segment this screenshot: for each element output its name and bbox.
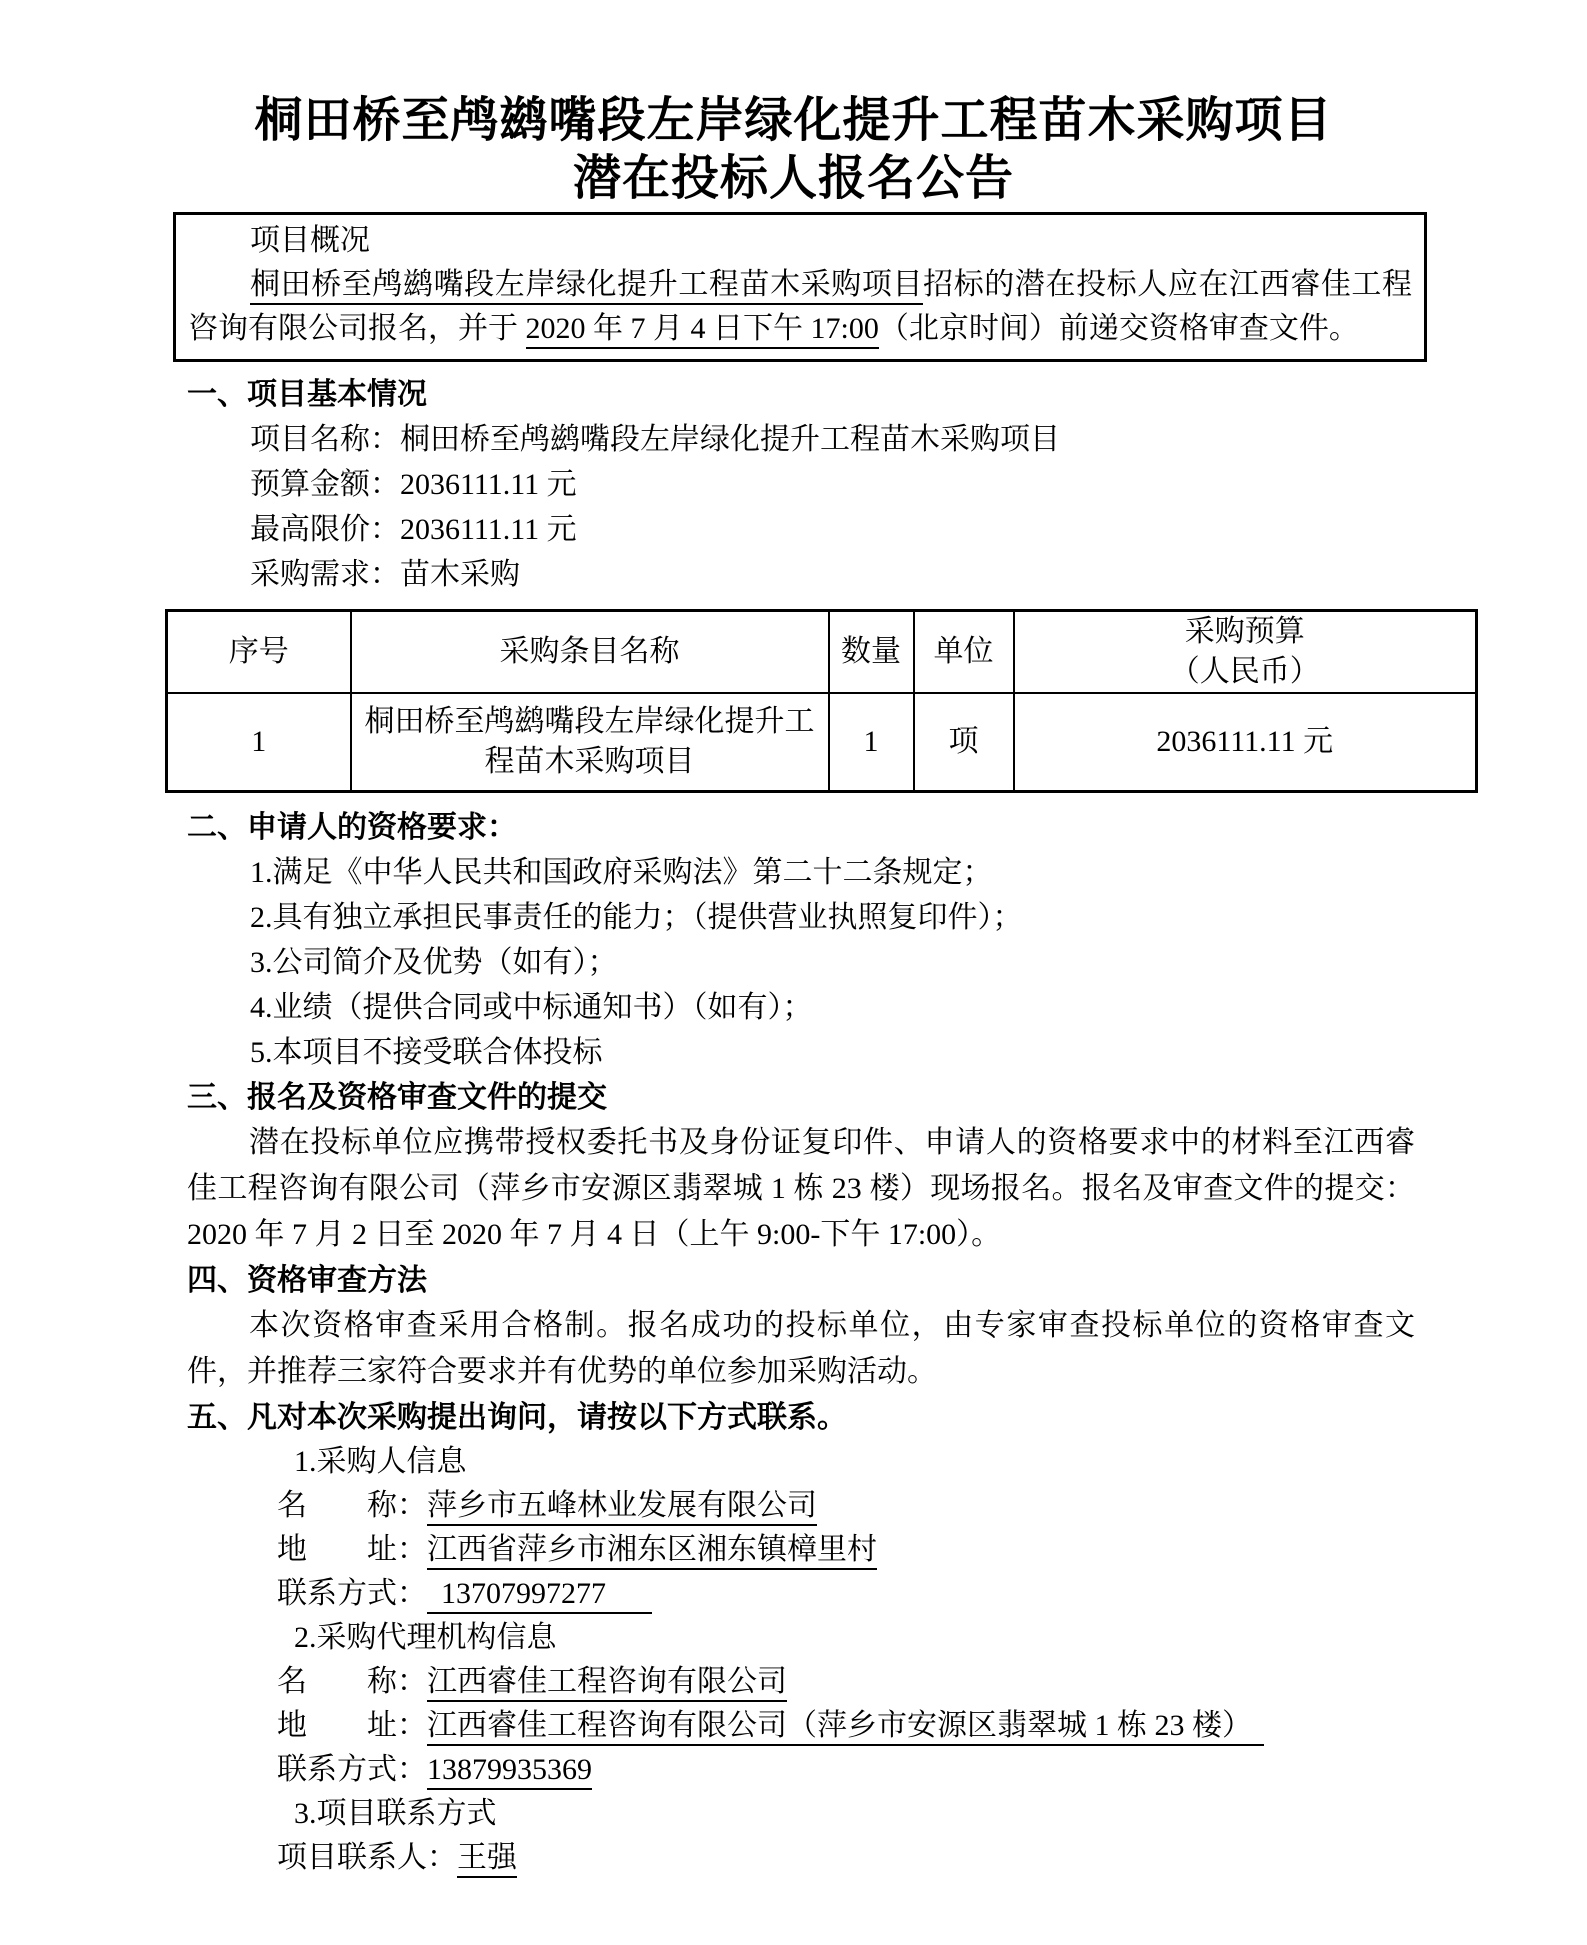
overview-label: 项目概况	[188, 219, 1412, 263]
project-contact-label: 项目联系人：	[277, 1841, 457, 1874]
overview-project-name-underlined: 桐田桥至鸬鹚嘴段左岸绿化提升工程苗木采购项目	[250, 268, 923, 305]
table-cell-unit: 项	[914, 693, 1014, 792]
section-heading-basic-info: 一、项目基本情况	[187, 372, 1587, 417]
buyer-name-line: 名 称：萍乡市五峰林业发展有限公司	[277, 1484, 1587, 1528]
basic-info-demand: 采购需求：苗木采购	[250, 552, 1587, 597]
overview-paragraph: 桐田桥至鸬鹚嘴段左岸绿化提升工程苗木采购项目招标的潜在投标人应在江西睿佳工程咨询…	[188, 263, 1412, 351]
qualification-item-1: 1.满足《中华人民共和国政府采购法》第二十二条规定；	[250, 850, 1587, 895]
agency-address-label: 地 址：	[277, 1709, 427, 1742]
document-title-line-2: 潜在投标人报名公告	[0, 150, 1587, 208]
buyer-info-subheading: 1.采购人信息	[294, 1440, 1587, 1484]
section-heading-submission: 三、报名及资格审查文件的提交	[187, 1075, 1587, 1120]
document-title: 桐田桥至鸬鹚嘴段左岸绿化提升工程苗木采购项目 潜在投标人报名公告	[0, 0, 1587, 208]
announcement-document: 桐田桥至鸬鹚嘴段左岸绿化提升工程苗木采购项目 潜在投标人报名公告 项目概况 桐田…	[0, 0, 1587, 1945]
section-heading-qualification: 二、申请人的资格要求：	[187, 805, 1587, 850]
table-header-seq: 序号	[167, 611, 351, 694]
agency-address-value: 江西睿佳工程咨询有限公司（萍乡市安源区翡翠城 1 栋 23 楼）	[427, 1709, 1264, 1746]
buyer-address-line: 地 址：江西省萍乡市湘东区湘东镇樟里村	[277, 1528, 1587, 1572]
table-cell-item-name: 桐田桥至鸬鹚嘴段左岸绿化提升工程苗木采购项目	[351, 693, 829, 792]
buyer-phone-line: 联系方式：13707997277	[277, 1572, 1587, 1616]
table-header-budget-line1: 采购预算	[1015, 612, 1476, 652]
agency-address-line: 地 址：江西睿佳工程咨询有限公司（萍乡市安源区翡翠城 1 栋 23 楼）	[277, 1704, 1587, 1748]
qualification-item-3: 3.公司简介及优势（如有）；	[250, 940, 1587, 985]
buyer-phone-label: 联系方式：	[277, 1577, 427, 1610]
procurement-items-table: 序号 采购条目名称 数量 单位 采购预算 （人民币） 1 桐田桥至鸬鹚嘴段左岸绿…	[165, 609, 1478, 793]
buyer-address-value: 江西省萍乡市湘东区湘东镇樟里村	[427, 1533, 877, 1570]
table-cell-qty: 1	[829, 693, 914, 792]
agency-phone-value: 13879935369	[427, 1753, 592, 1790]
project-contact-line: 项目联系人：王强	[277, 1836, 1587, 1880]
table-header-unit: 单位	[914, 611, 1014, 694]
overview-text-tail: （北京时间）前递交资格审查文件。	[879, 312, 1359, 345]
table-header-budget: 采购预算 （人民币）	[1014, 611, 1477, 694]
table-row: 1 桐田桥至鸬鹚嘴段左岸绿化提升工程苗木采购项目 1 项 2036111.11 …	[167, 693, 1477, 792]
table-header-item-name: 采购条目名称	[351, 611, 829, 694]
project-overview-box: 项目概况 桐田桥至鸬鹚嘴段左岸绿化提升工程苗木采购项目招标的潜在投标人应在江西睿…	[173, 212, 1427, 362]
table-cell-seq: 1	[167, 693, 351, 792]
buyer-name-value: 萍乡市五峰林业发展有限公司	[427, 1489, 817, 1526]
agency-name-line: 名 称：江西睿佳工程咨询有限公司	[277, 1660, 1587, 1704]
agency-name-label: 名 称：	[277, 1665, 427, 1698]
buyer-phone-value: 13707997277	[427, 1577, 652, 1614]
agency-phone-label: 联系方式：	[277, 1753, 427, 1786]
overview-deadline-underlined: 2020 年 7 月 4 日下午 17:00	[526, 312, 879, 349]
basic-info-budget: 预算金额：2036111.11 元	[250, 462, 1587, 507]
basic-info-max-price: 最高限价：2036111.11 元	[250, 507, 1587, 552]
qualification-item-2: 2.具有独立承担民事责任的能力；（提供营业执照复印件）；	[250, 895, 1587, 940]
section-heading-review-method: 四、资格审查方法	[187, 1258, 1587, 1303]
agency-phone-line: 联系方式：13879935369	[277, 1748, 1587, 1792]
table-header-qty: 数量	[829, 611, 914, 694]
table-header-row: 序号 采购条目名称 数量 单位 采购预算 （人民币）	[167, 611, 1477, 694]
buyer-address-label: 地 址：	[277, 1533, 427, 1566]
table-header-budget-line2: （人民币）	[1015, 652, 1476, 692]
review-method-paragraph: 本次资格审查采用合格制。报名成功的投标单位，由专家审查投标单位的资格审查文件，并…	[187, 1303, 1415, 1395]
agency-name-value: 江西睿佳工程咨询有限公司	[427, 1665, 787, 1702]
project-contact-value: 王强	[457, 1841, 517, 1878]
qualification-item-5: 5.本项目不接受联合体投标	[250, 1030, 1587, 1075]
buyer-name-label: 名 称：	[277, 1489, 427, 1522]
project-contact-subheading: 3.项目联系方式	[294, 1792, 1587, 1836]
qualification-item-4: 4.业绩（提供合同或中标通知书）（如有）；	[250, 985, 1587, 1030]
table-cell-budget: 2036111.11 元	[1014, 693, 1477, 792]
submission-paragraph: 潜在投标单位应携带授权委托书及身份证复印件、申请人的资格要求中的材料至江西睿佳工…	[187, 1120, 1415, 1258]
section-heading-contact: 五、凡对本次采购提出询问，请按以下方式联系。	[187, 1395, 1587, 1440]
agency-info-subheading: 2.采购代理机构信息	[294, 1616, 1587, 1660]
basic-info-project-name: 项目名称：桐田桥至鸬鹚嘴段左岸绿化提升工程苗木采购项目	[250, 417, 1587, 462]
document-title-line-1: 桐田桥至鸬鹚嘴段左岸绿化提升工程苗木采购项目	[0, 92, 1587, 150]
